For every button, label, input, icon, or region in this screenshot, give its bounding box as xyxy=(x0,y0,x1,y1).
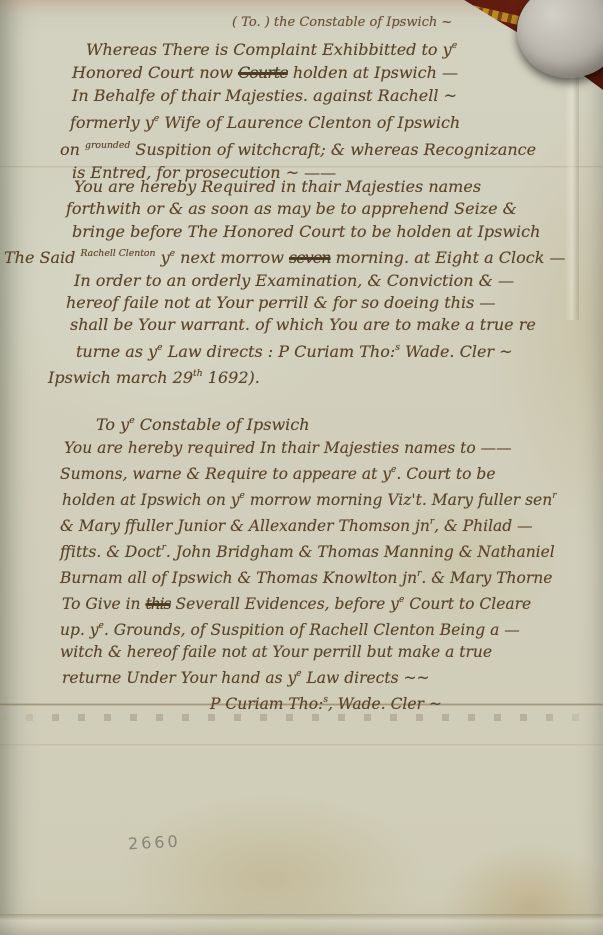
manuscript-line: ffitts. & Doctr. John Bridgham & Thomas … xyxy=(60,537,556,563)
manuscript-line: witch & hereof faile not at Your perrill… xyxy=(60,641,556,663)
manuscript-line: bringe before The Honored Court to be ho… xyxy=(72,221,565,243)
manuscript-line: To Give in this Severall Evidences, befo… xyxy=(62,589,556,615)
second-warrant-heading: To ye Constable of Ipswich xyxy=(96,410,310,436)
superscript-word: e xyxy=(452,40,457,51)
superscript-word: grounded xyxy=(85,140,130,151)
manuscript-line: returne Under Your hand as ye Law direct… xyxy=(62,663,556,689)
manuscript-line: The Said Rachell Clenton ye next morrow … xyxy=(4,243,565,269)
superscript-word: r xyxy=(552,491,556,501)
struck-word: seven xyxy=(289,248,331,267)
manuscript-line: ( To. ) the Constable of Ipswich ~ xyxy=(232,14,452,31)
warrant-paragraph-1: Whereas There is Complaint Exhibbitted t… xyxy=(72,34,536,184)
manuscript-line: up. ye. Grounds, of Suspition of Rachell… xyxy=(60,615,556,641)
second-warrant-paragraph: You are hereby required In thair Majesti… xyxy=(60,437,556,715)
manuscript-line: In Behalfe of thair Majesties. against R… xyxy=(72,84,536,107)
warrant-paragraph-2: You are hereby Required in thair Majesti… xyxy=(66,176,565,390)
manuscript-line: Burnam all of Ipswich & Thomas Knowlton … xyxy=(60,563,556,589)
manuscript-line: & Mary ffuller Junior & Allexander Thoms… xyxy=(60,511,556,537)
superscription: ( To. ) the Constable of Ipswich ~ xyxy=(232,14,452,31)
manuscript-line: shall be Your warrant. of which You are … xyxy=(70,314,565,336)
manuscript-line: Sumons, warne & Require to appeare at ye… xyxy=(60,459,556,485)
document-scan: ( To. ) the Constable of Ipswich ~ Where… xyxy=(0,0,603,935)
manuscript-line: turne as ye Law directs : P Curiam Tho:s… xyxy=(76,337,565,363)
manuscript-line: Whereas There is Complaint Exhibbitted t… xyxy=(86,34,536,61)
paper-deckle-edge xyxy=(565,40,579,320)
manuscript-line: P Curiam Tho:s, Wade. Cler ~ xyxy=(210,689,556,715)
manuscript-line: hereof faile not at Your perrill & for s… xyxy=(66,292,565,314)
manuscript-line: formerly ye Wife of Laurence Clenton of … xyxy=(70,107,536,134)
archive-number: 2660 xyxy=(128,832,182,854)
manuscript-line: forthwith or & as soon as may be to appr… xyxy=(66,198,565,220)
manuscript-line: You are hereby Required in thair Majesti… xyxy=(74,176,565,198)
manuscript-line: on grounded Suspition of witchcraft; & w… xyxy=(60,134,536,161)
manuscript-line: You are hereby required In thair Majesti… xyxy=(64,437,556,459)
superscript-word: Rachell Clenton xyxy=(80,248,155,259)
manuscript-line: In order to an orderly Examination, & Co… xyxy=(74,270,565,292)
manuscript-line: Ipswich march 29th 1692). xyxy=(48,363,565,389)
struck-word: Courte xyxy=(238,63,288,82)
superscript-word: th xyxy=(193,368,203,379)
manuscript-line: holden at Ipswich on ye morrow morning V… xyxy=(62,485,556,511)
manuscript-line: Honored Court now Courte holden at Ipswi… xyxy=(72,61,536,84)
struck-word: this xyxy=(145,595,170,613)
manuscript-line: To ye Constable of Ipswich xyxy=(96,410,310,436)
